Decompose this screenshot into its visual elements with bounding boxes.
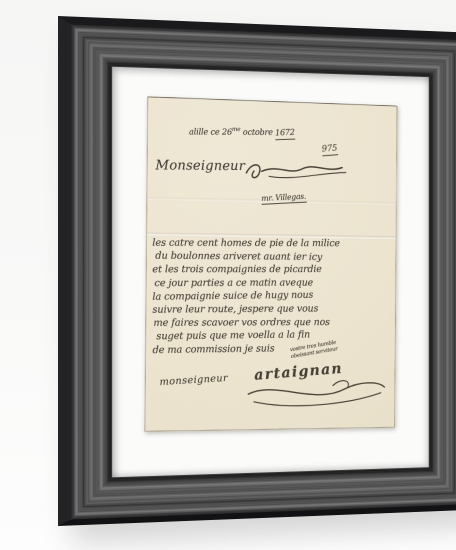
letter-line: suivre leur route, jespere que vous <box>152 302 390 317</box>
frame-right-rail <box>430 39 456 506</box>
letter-paper: alille ce 26me octobre 1672 975 Monseign… <box>144 96 397 431</box>
folio-number-text: 975 <box>321 144 337 157</box>
salutation: Monseigneur <box>155 158 245 174</box>
picture-frame: alille ce 26me octobre 1672 975 Monseign… <box>58 16 456 526</box>
letter-line: me faires scavoer vos ordres que nos <box>153 316 390 330</box>
date-superscript: me <box>232 126 241 133</box>
letter-line: du boulonnes ariveret auant ier icy <box>155 249 390 264</box>
address-note-text: mr. Villegas. <box>261 192 306 205</box>
date-year: 1672 <box>275 128 295 140</box>
frame-left-rail <box>71 25 111 520</box>
address-note: mr. Villegas. <box>261 193 306 204</box>
letter-body: les catre cent homes de pie de la milice… <box>152 237 390 358</box>
letter-line: et les trois compaignies de picardie <box>152 264 390 277</box>
valediction: monseigneur <box>159 373 228 388</box>
folio-number: 975 <box>322 144 338 156</box>
letter-line: de ma commission je suis <box>152 341 390 357</box>
date-month: octobre <box>243 128 273 138</box>
photo-scene: alille ce 26me octobre 1672 975 Monseign… <box>0 0 456 550</box>
salutation-flourish <box>241 157 352 189</box>
date-prefix: alille ce 26 <box>189 128 232 138</box>
date-line: alille ce 26me octobre 1672 <box>189 126 295 140</box>
framed-letter-photo: alille ce 26me octobre 1672 975 Monseign… <box>0 0 456 550</box>
mat-board: alille ce 26me octobre 1672 975 Monseign… <box>111 66 429 479</box>
letter-line: les catre cent homes de pie de la milice <box>152 237 390 251</box>
signature-paraph <box>242 378 389 412</box>
